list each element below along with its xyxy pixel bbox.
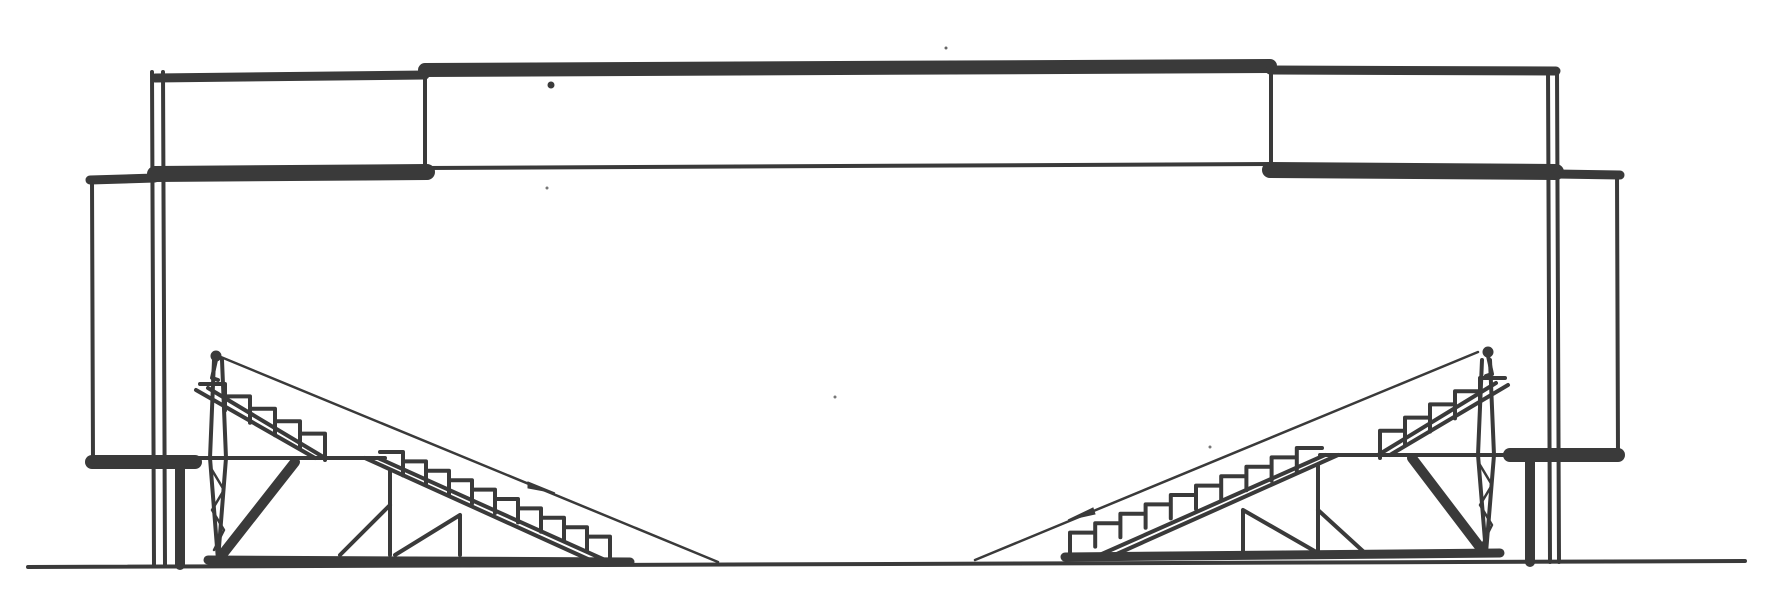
perimeter-walls [92,70,1618,565]
roof-slab [90,170,1620,180]
section-svg [0,0,1766,614]
roof-lantern [155,62,1556,168]
right-raked-seating [1065,347,1510,557]
paper-specks [546,47,1212,449]
left-raked-seating [195,351,630,562]
section-drawing: Section sketch of hall with raked seatin… [0,0,1766,614]
drawing-title: Section sketch of hall with raked seatin… [0,0,1,1]
